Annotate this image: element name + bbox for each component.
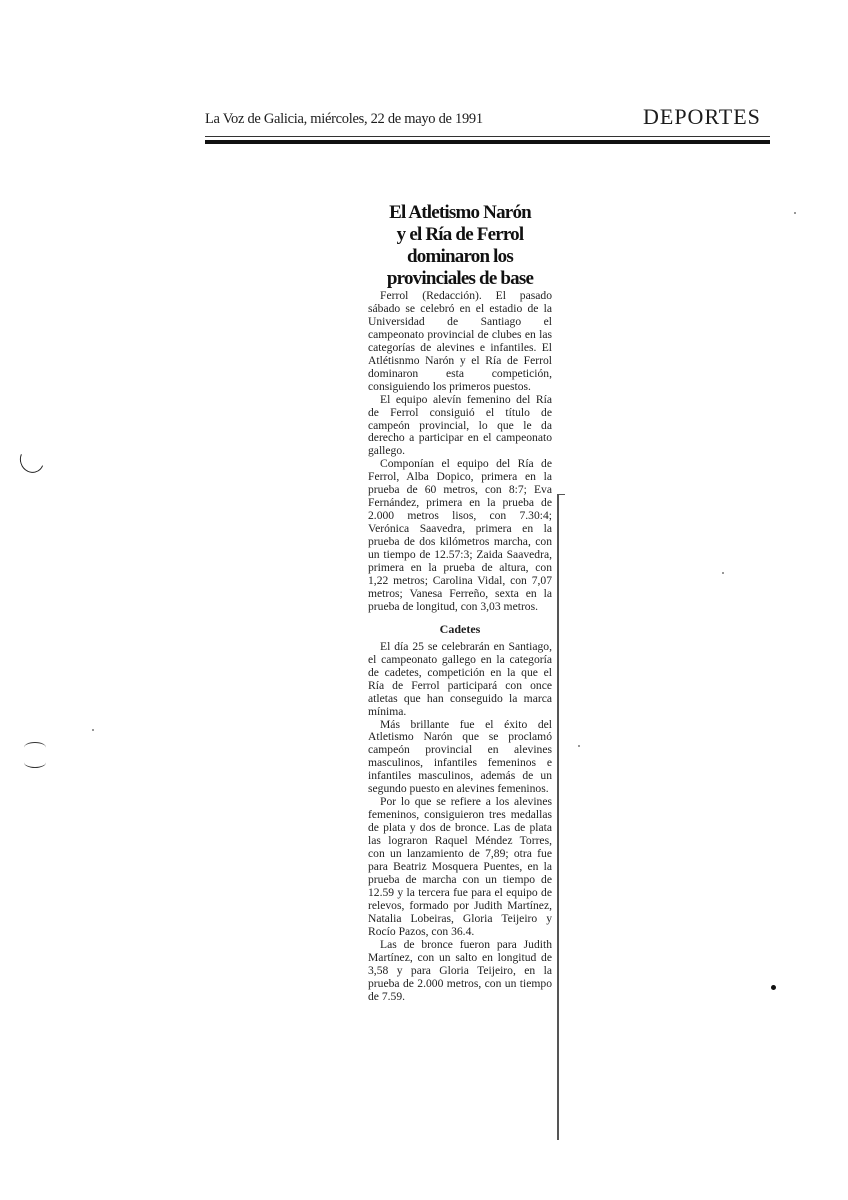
article-headline: El Atletismo Narón y el Ría de Ferrol do… — [360, 202, 560, 290]
punch-hole-mark-icon — [16, 444, 47, 477]
scan-speck — [578, 745, 580, 747]
punch-hole-mark-icon — [24, 757, 46, 768]
publication-date-line: La Voz de Galicia, miércoles, 22 de mayo… — [205, 111, 483, 128]
punch-hole-mark-icon — [24, 742, 46, 753]
scan-speck — [794, 212, 796, 214]
article-paragraph: Ferrol (Redacción). El pasado sábado se … — [368, 290, 552, 394]
header-thin-rule — [205, 136, 770, 137]
ink-dot-mark — [771, 985, 776, 990]
article-paragraph: El equipo alevín femenino del Ría de Fer… — [368, 394, 552, 459]
header-thick-rule — [205, 140, 770, 144]
article-paragraph: Las de bronce fueron para Judith Martíne… — [368, 939, 552, 1004]
scan-speck — [92, 729, 94, 731]
article-paragraph: Más brillante fue el éxito del Atletismo… — [368, 719, 552, 797]
headline-line: provinciales de base — [360, 268, 560, 290]
article-paragraph: Componían el equipo del Ría de Ferrol, A… — [368, 458, 552, 613]
column-divider-tick — [557, 494, 565, 495]
article-subhead: Cadetes — [368, 623, 552, 636]
headline-line: y el Ría de Ferrol — [360, 224, 560, 246]
scan-speck — [722, 572, 724, 574]
article-paragraph: Por lo que se refiere a los alevines fem… — [368, 796, 552, 938]
headline-line: dominaron los — [360, 246, 560, 268]
article-body: Ferrol (Redacción). El pasado sábado se … — [368, 290, 552, 1003]
column-divider-rule — [557, 494, 559, 1140]
headline-line: El Atletismo Narón — [360, 202, 560, 224]
section-title: DEPORTES — [643, 104, 761, 130]
article-paragraph: El día 25 se celebrarán en Santiago, el … — [368, 641, 552, 719]
